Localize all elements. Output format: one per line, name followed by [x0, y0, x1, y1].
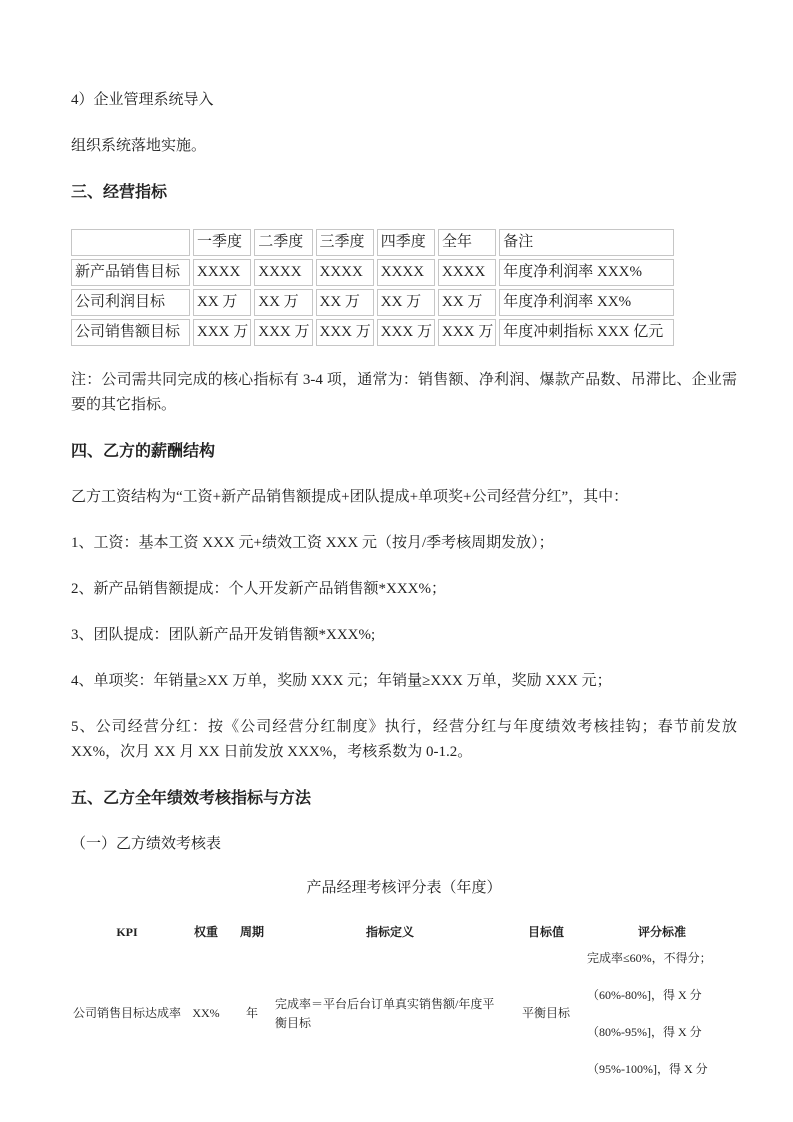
table-row: 新产品销售目标 XXXX XXXX XXXX XXXX XXXX 年度净利润率 … [71, 259, 674, 286]
table-cell: 公司利润目标 [71, 289, 190, 316]
table-header-row: 一季度 二季度 三季度 四季度 全年 备注 [71, 229, 674, 256]
section3-note: 注：公司需共同完成的核心指标有 3-4 项，通常为：销售额、净利润、爆款产品数、… [71, 368, 737, 418]
business-targets-table: 一季度 二季度 三季度 四季度 全年 备注 新产品销售目标 XXXX XXXX … [68, 226, 677, 349]
kpi-header-cell: 权重 [183, 924, 229, 950]
kpi-table-title: 产品经理考核评分表（年度） [71, 878, 737, 898]
kpi-criteria-cell: 完成率≤60%，不得分； （60%-80%]，得 X 分 （80%-95%]，得… [587, 950, 737, 1077]
table-cell: XX 万 [316, 289, 374, 316]
kpi-definition-cell: 完成率＝平台后台订单真实销售额/年度平衡目标 [275, 950, 505, 1077]
table-cell: XXX 万 [438, 319, 496, 346]
criteria-line: （95%-100%]，得 X 分 [587, 1061, 737, 1077]
table-cell: XXX 万 [316, 319, 374, 346]
kpi-header-cell: 指标定义 [275, 924, 505, 950]
table-cell: 年度净利润率 XXX% [499, 259, 674, 286]
table-cell: 一季度 [193, 229, 251, 256]
kpi-target-cell: 平衡目标 [505, 950, 587, 1077]
salary-item-5: 5、公司经营分红：按《公司经营分红制度》执行，经营分红与年度绩效考核挂钩；春节前… [71, 715, 737, 765]
table-cell: 年度冲刺指标 XXX 亿元 [499, 319, 674, 346]
table-cell: XXX 万 [377, 319, 435, 346]
intro-line-1: 4）企业管理系统导入 [71, 88, 737, 113]
intro-line-2: 组织系统落地实施。 [71, 134, 737, 159]
table-cell: 四季度 [377, 229, 435, 256]
kpi-score-table: KPI 权重 周期 指标定义 目标值 评分标准 公司销售目标达成率 XX% 年 … [71, 924, 737, 1077]
section4-heading: 四、乙方的薪酬结构 [71, 439, 737, 464]
criteria-line: （80%-95%]，得 X 分 [587, 1024, 737, 1040]
section5-subheading: （一）乙方绩效考核表 [71, 832, 737, 857]
section4-intro: 乙方工资结构为“工资+新产品销售额提成+团队提成+单项奖+公司经营分红”，其中： [71, 485, 737, 510]
kpi-weight-cell: XX% [183, 950, 229, 1077]
table-cell: XXXX [254, 259, 312, 286]
table-cell: XX 万 [377, 289, 435, 316]
kpi-period-cell: 年 [229, 950, 275, 1077]
table-cell: XX 万 [438, 289, 496, 316]
table-cell: XX 万 [193, 289, 251, 316]
kpi-header-row: KPI 权重 周期 指标定义 目标值 评分标准 [71, 924, 737, 950]
table-cell: 三季度 [316, 229, 374, 256]
table-row: 公司利润目标 XX 万 XX 万 XX 万 XX 万 XX 万 年度净利润率 X… [71, 289, 674, 316]
table-cell: 新产品销售目标 [71, 259, 190, 286]
table-cell: XXXX [438, 259, 496, 286]
salary-item-2: 2、新产品销售额提成：个人开发新产品销售额*XXX%； [71, 577, 737, 602]
criteria-line: （60%-80%]，得 X 分 [587, 987, 737, 1003]
kpi-header-cell: 评分标准 [587, 924, 737, 950]
kpi-header-cell: 目标值 [505, 924, 587, 950]
table-cell: XXXX [316, 259, 374, 286]
table-cell: XXX 万 [193, 319, 251, 346]
criteria-line: 完成率≤60%，不得分； [587, 950, 737, 966]
kpi-data-row: 公司销售目标达成率 XX% 年 完成率＝平台后台订单真实销售额/年度平衡目标 平… [71, 950, 737, 1077]
salary-item-4: 4、单项奖：年销量≥XX 万单，奖励 XXX 元；年销量≥XXX 万单，奖励 X… [71, 669, 737, 694]
kpi-name-cell: 公司销售目标达成率 [71, 950, 183, 1077]
kpi-header-cell: 周期 [229, 924, 275, 950]
table-cell: XXXX [377, 259, 435, 286]
table-cell: XX 万 [254, 289, 312, 316]
table-cell: 二季度 [254, 229, 312, 256]
section5-heading: 五、乙方全年绩效考核指标与方法 [71, 786, 737, 811]
table-row: 公司销售额目标 XXX 万 XXX 万 XXX 万 XXX 万 XXX 万 年度… [71, 319, 674, 346]
table-cell: 公司销售额目标 [71, 319, 190, 346]
table-cell [71, 229, 190, 256]
table-cell: 全年 [438, 229, 496, 256]
section3-heading: 三、经营指标 [71, 180, 737, 205]
table-cell: 年度净利润率 XX% [499, 289, 674, 316]
document-page: 4）企业管理系统导入 组织系统落地实施。 三、经营指标 一季度 二季度 三季度 … [0, 0, 793, 1122]
table-cell: XXX 万 [254, 319, 312, 346]
table-cell: XXXX [193, 259, 251, 286]
salary-item-1: 1、工资：基本工资 XXX 元+绩效工资 XXX 元（按月/季考核周期发放）； [71, 531, 737, 556]
kpi-header-cell: KPI [71, 924, 183, 950]
table-cell: 备注 [499, 229, 674, 256]
salary-item-3: 3、团队提成：团队新产品开发销售额*XXX%; [71, 623, 737, 648]
